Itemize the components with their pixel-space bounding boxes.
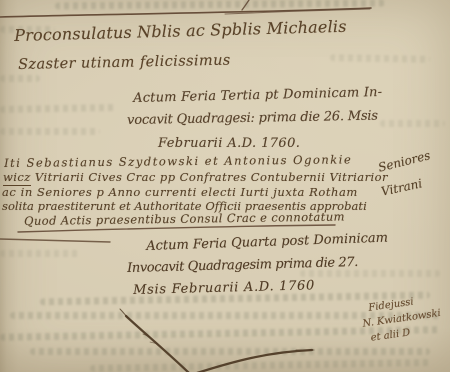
entry1-catchword-underlined: wicz: [3, 170, 31, 186]
entry2-dateline-1: Actum Feria Quarta post Dominicam: [146, 232, 388, 253]
entry1-body-line-3: ac in Seniores p Anno currenti electi Iu…: [2, 187, 358, 199]
bleedthrough-line: [0, 250, 80, 257]
entry1-margin-word-1: Seniores: [377, 149, 431, 173]
top-rule-line: [0, 8, 371, 17]
heading-line-2: Szaster utinam felicissimus: [18, 54, 231, 73]
signature-block: Fidejussi N. Kwiatkowski et alii D: [360, 294, 444, 350]
heading-line-1: Proconsulatus Nblis ac Spblis Michaelis: [14, 19, 347, 44]
entry1-dateline-3: Februarii A.D. 1760.: [158, 137, 300, 150]
bleedthrough-line: [30, 348, 430, 355]
closing-underline-left: [0, 239, 110, 242]
bleedthrough-line: [330, 54, 430, 63]
bleedthrough-line: [55, 0, 385, 9]
entry1-body-line-1: Iti Sebastianus Szydtowski et Antonius O…: [4, 154, 352, 169]
entry1-dateline-2: vocavit Quadragesi: prima die 26. Msis: [127, 110, 378, 127]
manuscript-page: Proconsulatus Nblis ac Spblis Michaelis …: [0, 0, 450, 372]
entry1-dateline-1: Actum Feria Tertia pt Dominicam In-: [133, 86, 382, 105]
bleedthrough-line: [0, 104, 115, 113]
bleedthrough-line: [0, 128, 100, 135]
bleedthrough-line: [90, 359, 430, 372]
entry1-body-line-2-rest: Vitriarii Cives Crac pp Confratres Contu…: [31, 170, 388, 184]
bleedthrough-line: [300, 270, 440, 277]
bleedthrough-line: [380, 120, 445, 127]
entry1-body-line-2: wicz Vitriarii Cives Crac pp Confratres …: [3, 172, 388, 184]
bleedthrough-line: [0, 75, 40, 82]
top-rule-line-double: [225, 9, 370, 14]
entry1-closing-line: Quod Actis praesentibus Consul Crac e co…: [24, 212, 345, 228]
pen-flourish-barb: [150, 342, 158, 344]
